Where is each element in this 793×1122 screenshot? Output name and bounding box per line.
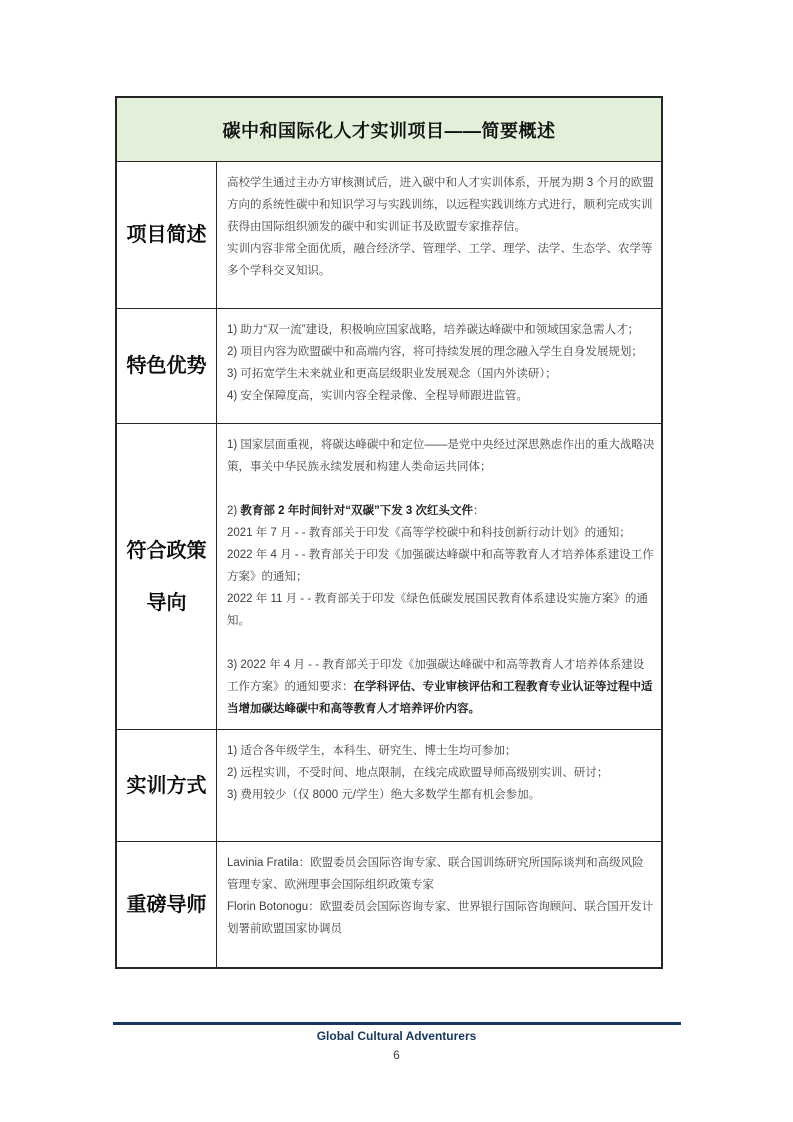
text-run: 2) 项目内容为欧盟碳中和高端内容，将可持续发展的理念融入学生自身发展规划；: [227, 346, 643, 358]
text-run: ：: [473, 505, 485, 517]
paragraph: 2) 项目内容为欧盟碳中和高端内容，将可持续发展的理念融入学生自身发展规划；: [227, 341, 655, 363]
paragraph: [227, 478, 655, 500]
footer-brand: Global Cultural Adventurers: [0, 1029, 793, 1043]
paragraph: 高校学生通过主办方审核测试后，进入碳中和人才实训体系，开展为期 3 个月的欧盟方…: [227, 172, 655, 238]
text-run: 2022 年 11 月 - - 教育部关于印发《绿色低碳发展国民教育体系建设实施…: [227, 593, 648, 627]
text-run: 2021 年 7 月 - - 教育部关于印发《高等学校碳中和科技创新行动计划》的…: [227, 527, 631, 539]
table-row: 符合政策导向1) 国家层面重视，将碳达峰碳中和定位——是党中央经过深思熟虑作出的…: [117, 424, 661, 730]
row-label: 特色优势: [117, 309, 217, 423]
overview-table: 碳中和国际化人才实训项目——简要概述 项目简述高校学生通过主办方审核测试后，进入…: [115, 96, 663, 969]
text-run: 4) 安全保障度高，实训内容全程录像、全程导师跟进监管。: [227, 390, 528, 402]
document-page: 碳中和国际化人才实训项目——简要概述 项目简述高校学生通过主办方审核测试后，进入…: [0, 0, 793, 1122]
paragraph: 实训内容非常全面优质，融合经济学、管理学、工学、理学、法学、生态学、农学等多个学…: [227, 238, 655, 282]
paragraph: 1) 助力“双一流”建设，积极响应国家战略，培养碳达峰碳中和领域国家急需人才；: [227, 319, 655, 341]
row-content: Lavinia Fratila：欧盟委员会国际咨询专家、联合国训练研究所国际谈判…: [217, 842, 661, 967]
paragraph: 4) 安全保障度高，实训内容全程录像、全程导师跟进监管。: [227, 385, 655, 407]
text-run: 1) 助力“双一流”建设，积极响应国家战略，培养碳达峰碳中和领域国家急需人才；: [227, 324, 639, 336]
text-run: 2022 年 4 月 - - 教育部关于印发《加强碳达峰碳中和高等教育人才培养体…: [227, 549, 654, 583]
paragraph: 3) 费用较少（仅 8000 元/学生）绝大多数学生都有机会参加。: [227, 784, 655, 806]
table-row: 重磅导师Lavinia Fratila：欧盟委员会国际咨询专家、联合国训练研究所…: [117, 842, 661, 967]
paragraph: Florin Botonogu：欧盟委员会国际咨询专家、世界银行国际咨询顾问、联…: [227, 896, 655, 940]
footer-divider: [113, 1022, 681, 1025]
paragraph: 1) 适合各年级学生，本科生、研究生、博士生均可参加；: [227, 740, 655, 762]
text-run: 高校学生通过主办方审核测试后，进入碳中和人才实训体系，开展为期 3 个月的欧盟方…: [227, 177, 654, 233]
row-label: 重磅导师: [117, 842, 217, 967]
row-content: 1) 国家层面重视，将碳达峰碳中和定位——是党中央经过深思熟虑作出的重大战略决策…: [217, 424, 661, 729]
paragraph: 2022 年 4 月 - - 教育部关于印发《加强碳达峰碳中和高等教育人才培养体…: [227, 544, 655, 588]
row-content: 1) 适合各年级学生，本科生、研究生、博士生均可参加；2) 远程实训，不受时间、…: [217, 730, 661, 841]
text-run: 1) 国家层面重视，将碳达峰碳中和定位——是党中央经过深思熟虑作出的重大战略决策…: [227, 439, 654, 473]
text-run: 实训内容非常全面优质，融合经济学、管理学、工学、理学、法学、生态学、农学等多个学…: [227, 243, 653, 277]
paragraph: 3) 可拓宽学生未来就业和更高层级职业发展观念（国内外读研）；: [227, 363, 655, 385]
paragraph: 1) 国家层面重视，将碳达峰碳中和定位——是党中央经过深思熟虑作出的重大战略决策…: [227, 434, 655, 478]
paragraph: 2022 年 11 月 - - 教育部关于印发《绿色低碳发展国民教育体系建设实施…: [227, 588, 655, 632]
table-row: 特色优势1) 助力“双一流”建设，积极响应国家战略，培养碳达峰碳中和领域国家急需…: [117, 309, 661, 424]
text-run: Florin Botonogu：欧盟委员会国际咨询专家、世界银行国际咨询顾问、联…: [227, 901, 653, 935]
text-run: 3) 费用较少（仅 8000 元/学生）绝大多数学生都有机会参加。: [227, 789, 540, 801]
text-run: 1) 适合各年级学生，本科生、研究生、博士生均可参加；: [227, 745, 516, 757]
row-label: 符合政策导向: [117, 424, 217, 729]
page-number: 6: [0, 1048, 793, 1062]
text-run: 2): [227, 505, 240, 517]
row-label: 项目简述: [117, 162, 217, 308]
paragraph: 2021 年 7 月 - - 教育部关于印发《高等学校碳中和科技创新行动计划》的…: [227, 522, 655, 544]
row-content: 高校学生通过主办方审核测试后，进入碳中和人才实训体系，开展为期 3 个月的欧盟方…: [217, 162, 661, 308]
table-body: 项目简述高校学生通过主办方审核测试后，进入碳中和人才实训体系，开展为期 3 个月…: [117, 162, 661, 967]
paragraph: 2) 教育部 2 年时间针对“双碳”下发 3 次红头文件：: [227, 500, 655, 522]
paragraph: Lavinia Fratila：欧盟委员会国际咨询专家、联合国训练研究所国际谈判…: [227, 852, 655, 896]
paragraph: [227, 632, 655, 654]
paragraph: 2) 远程实训，不受时间、地点限制，在线完成欧盟导师高级别实训、研讨；: [227, 762, 655, 784]
table-row: 实训方式1) 适合各年级学生，本科生、研究生、博士生均可参加；2) 远程实训，不…: [117, 730, 661, 842]
row-content: 1) 助力“双一流”建设，积极响应国家战略，培养碳达峰碳中和领域国家急需人才；2…: [217, 309, 661, 423]
paragraph: 3) 2022 年 4 月 - - 教育部关于印发《加强碳达峰碳中和高等教育人才…: [227, 654, 655, 720]
text-run: 2) 远程实训，不受时间、地点限制，在线完成欧盟导师高级别实训、研讨；: [227, 767, 608, 779]
text-run: 3) 可拓宽学生未来就业和更高层级职业发展观念（国内外读研）；: [227, 368, 557, 380]
bold-text-run: 教育部 2 年时间针对“双碳”下发 3 次红头文件: [240, 505, 473, 517]
table-title: 碳中和国际化人才实训项目——简要概述: [117, 98, 661, 162]
table-row: 项目简述高校学生通过主办方审核测试后，进入碳中和人才实训体系，开展为期 3 个月…: [117, 162, 661, 309]
text-run: Lavinia Fratila：欧盟委员会国际咨询专家、联合国训练研究所国际谈判…: [227, 857, 644, 891]
row-label: 实训方式: [117, 730, 217, 841]
